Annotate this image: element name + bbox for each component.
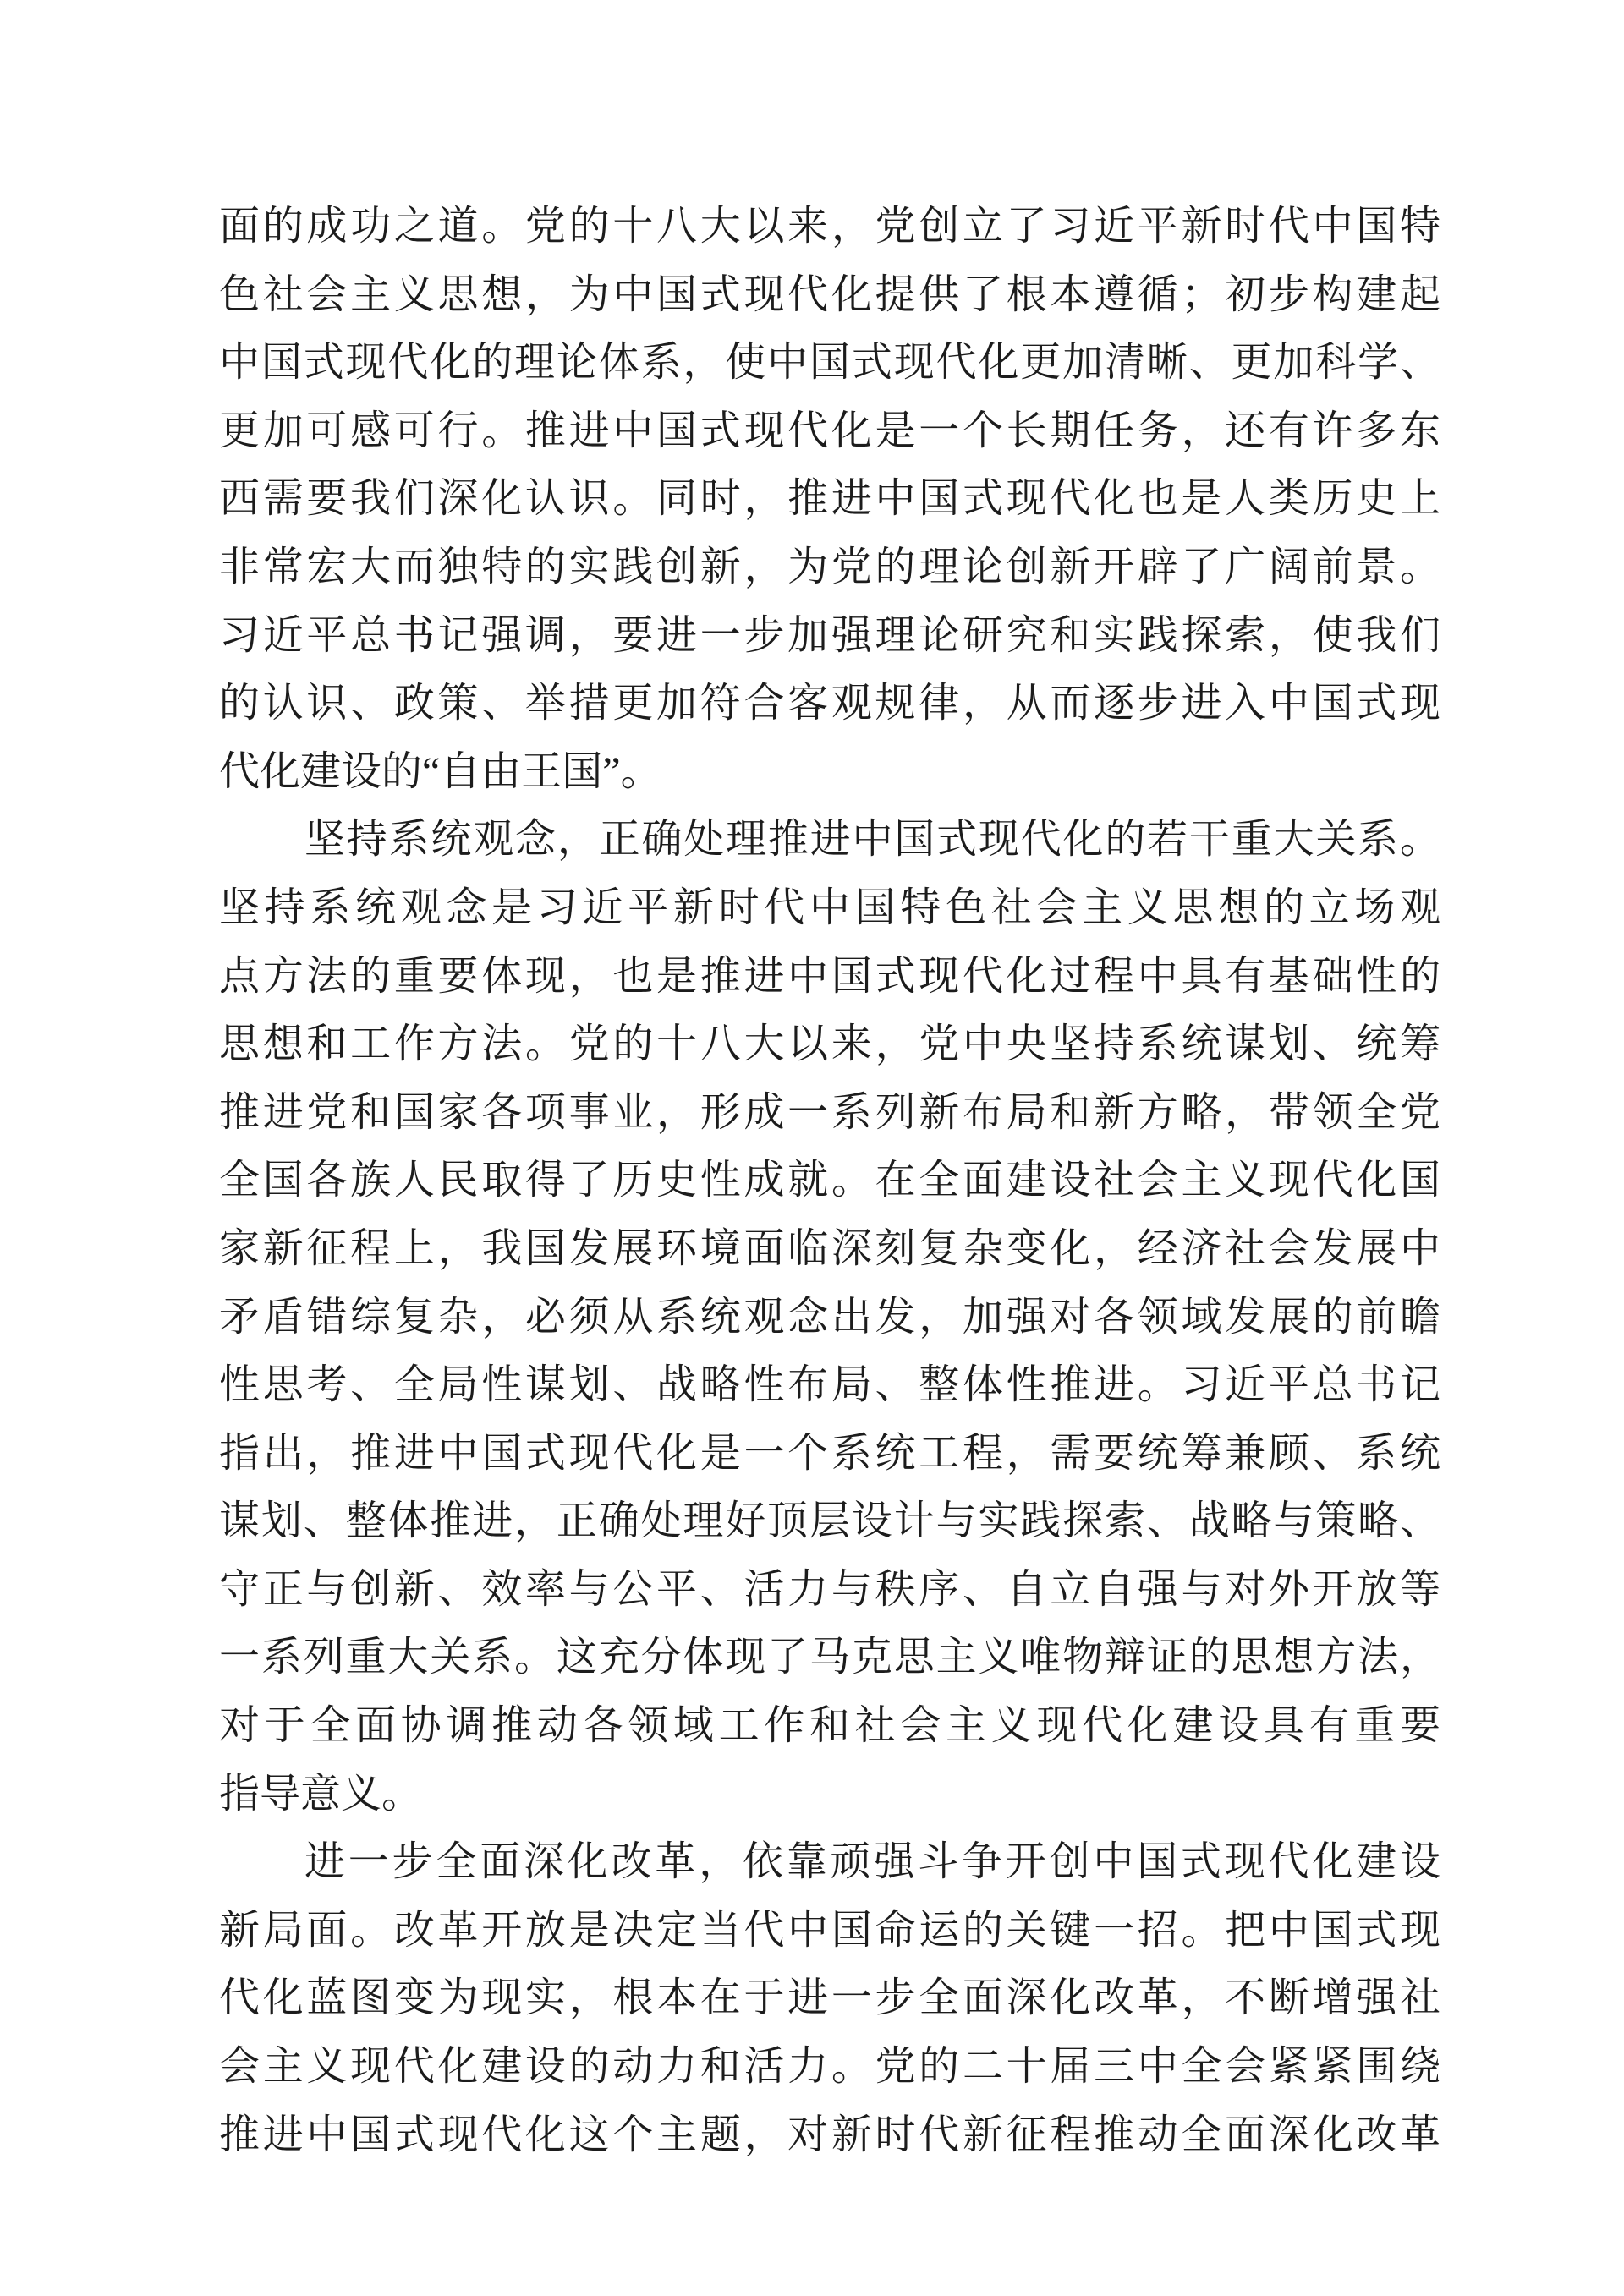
text-line: 性思考、全局性谋划、战略性布局、整体性推进。习近平总书记 — [219, 1351, 1440, 1420]
text-line: 对于全面协调推动各领域工作和社会主义现代化建设具有重要 — [219, 1692, 1440, 1761]
text-line: 会主义现代化建设的动力和活力。党的二十届三中全会紧紧围绕 — [219, 2033, 1440, 2101]
text-line: 思想和工作方法。党的十八大以来，党中央坚持系统谋划、统筹 — [219, 1011, 1440, 1079]
text-line: 代化建设的“自由王国”。 — [219, 738, 1440, 807]
text-line: 更加可感可行。推进中国式现代化是一个长期任务，还有许多东 — [219, 397, 1440, 466]
text-line: 守正与创新、效率与公平、活力与秩序、自立自强与对外开放等 — [219, 1556, 1440, 1625]
text-line: 面的成功之道。党的十八大以来，党创立了习近平新时代中国特 — [219, 193, 1440, 261]
text-line: 非常宏大而独特的实践创新，为党的理论创新开辟了广阔前景。 — [219, 534, 1440, 602]
paragraph-3: 进一步全面深化改革，依靠顽强斗争开创中国式现代化建设 新局面。改革开放是决定当代… — [219, 1828, 1440, 2169]
text-line: 西需要我们深化认识。同时，推进中国式现代化也是人类历史上 — [219, 465, 1440, 534]
text-line: 全国各族人民取得了历史性成就。在全面建设社会主义现代化国 — [219, 1147, 1440, 1215]
text-line: 色社会主义思想，为中国式现代化提供了根本遵循；初步构建起 — [219, 261, 1440, 330]
text-line: 新局面。改革开放是决定当代中国命运的关键一招。把中国式现 — [219, 1897, 1440, 1965]
text-line: 代化蓝图变为现实，根本在于进一步全面深化改革，不断增强社 — [219, 1964, 1440, 2033]
document-page: 面的成功之道。党的十八大以来，党创立了习近平新时代中国特 色社会主义思想，为中国… — [0, 0, 1624, 2296]
text-line: 坚持系统观念，正确处理推进中国式现代化的若干重大关系。 — [219, 806, 1440, 874]
text-line: 指出，推进中国式现代化是一个系统工程，需要统筹兼顾、系统 — [219, 1420, 1440, 1488]
document-body-text: 面的成功之道。党的十八大以来，党创立了习近平新时代中国特 色社会主义思想，为中国… — [219, 193, 1440, 2169]
text-line: 习近平总书记强调，要进一步加强理论研究和实践探索，使我们 — [219, 602, 1440, 671]
text-line: 的认识、政策、举措更加符合客观规律，从而逐步进入中国式现 — [219, 670, 1440, 738]
text-line: 指导意义。 — [219, 1761, 1440, 1829]
text-line: 中国式现代化的理论体系，使中国式现代化更加清晰、更加科学、 — [219, 329, 1440, 397]
paragraph-2: 坚持系统观念，正确处理推进中国式现代化的若干重大关系。 坚持系统观念是习近平新时… — [219, 806, 1440, 1828]
text-line: 坚持系统观念是习近平新时代中国特色社会主义思想的立场观 — [219, 874, 1440, 943]
text-line: 家新征程上，我国发展环境面临深刻复杂变化，经济社会发展中 — [219, 1215, 1440, 1284]
text-line: 一系列重大关系。这充分体现了马克思主义唯物辩证的思想方法， — [219, 1624, 1440, 1692]
text-line: 谋划、整体推进，正确处理好顶层设计与实践探索、战略与策略、 — [219, 1488, 1440, 1556]
text-line: 矛盾错综复杂，必须从系统观念出发，加强对各领域发展的前瞻 — [219, 1284, 1440, 1352]
text-line: 推进党和国家各项事业，形成一系列新布局和新方略，带领全党 — [219, 1079, 1440, 1148]
text-line: 进一步全面深化改革，依靠顽强斗争开创中国式现代化建设 — [219, 1828, 1440, 1897]
text-line: 推进中国式现代化这个主题，对新时代新征程推动全面深化改革 — [219, 2101, 1440, 2170]
paragraph-1: 面的成功之道。党的十八大以来，党创立了习近平新时代中国特 色社会主义思想，为中国… — [219, 193, 1440, 806]
text-line: 点方法的重要体现，也是推进中国式现代化过程中具有基础性的 — [219, 943, 1440, 1011]
